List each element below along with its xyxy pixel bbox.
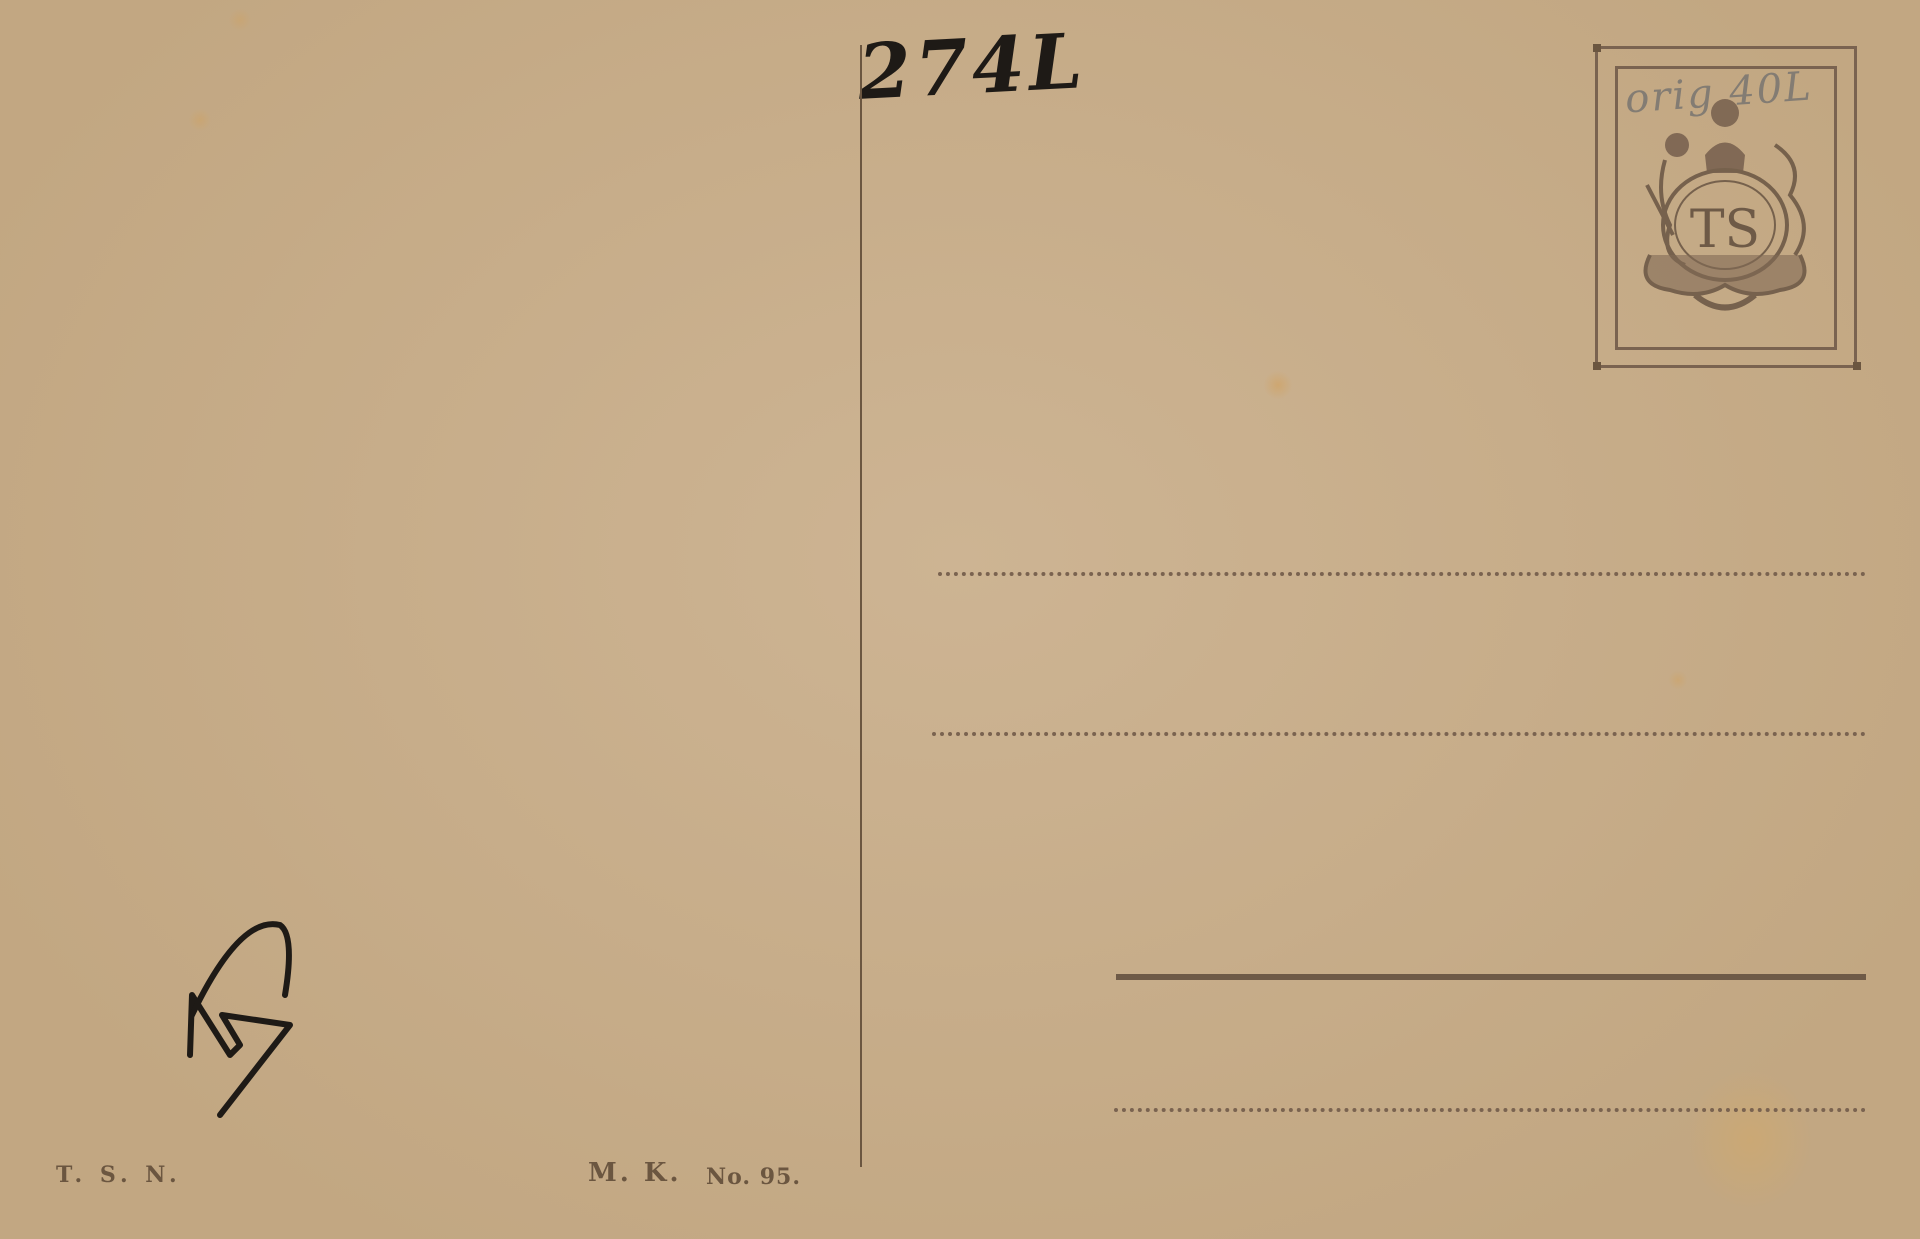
postcard-back: 274L TS orig 40L: [0, 0, 1920, 1239]
handwritten-inventory-number: 274L: [856, 16, 1088, 117]
stamp-corner-mark: [1593, 44, 1601, 52]
address-line-1: [938, 572, 1866, 576]
svg-text:TS: TS: [1690, 200, 1760, 260]
handwritten-signature-b: [180, 905, 320, 1125]
ornate-crest-with-cherubs-icon: TS: [1625, 85, 1825, 335]
address-line-2: [932, 732, 1866, 736]
series-imprint: M. K.: [588, 1158, 682, 1188]
center-divider-line: [860, 45, 862, 1167]
stamp-corner-mark: [1853, 362, 1861, 370]
card-number-imprint: No. 95.: [706, 1164, 801, 1190]
address-line-3: [1116, 974, 1866, 980]
publisher-imprint: T. S. N.: [56, 1162, 182, 1188]
address-line-4: [1114, 1108, 1866, 1112]
stamp-corner-mark: [1593, 362, 1601, 370]
